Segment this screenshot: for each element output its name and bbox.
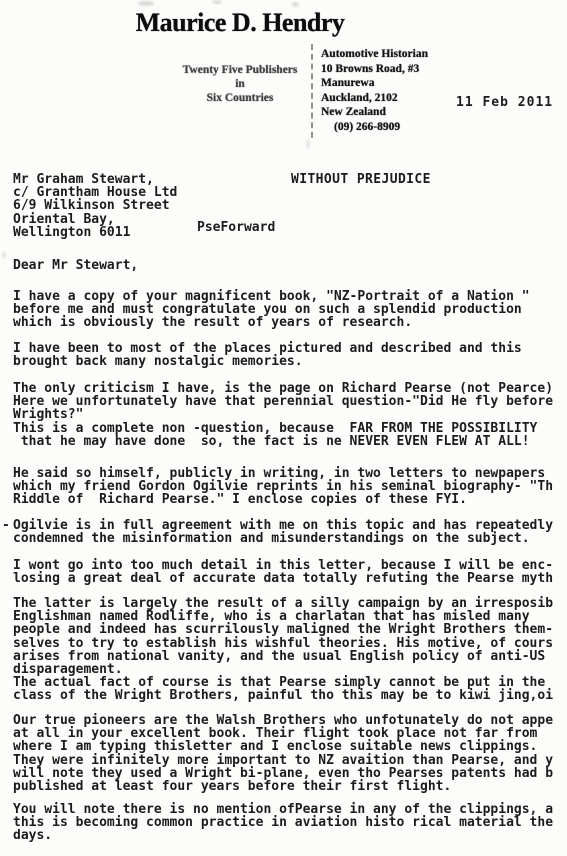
letterhead-contact: Automotive Historian10 Browns Road, #3Ma… — [321, 47, 471, 135]
letterhead-contact-line: Automotive Historian — [321, 47, 471, 62]
scan-smudge — [2, 252, 6, 258]
body-paragraph: I have a copy of your magnificent book, … — [13, 290, 530, 330]
letter-date: 11 Feb 2011 — [456, 96, 553, 109]
letterhead-contact-line: (09) 266-8909 — [321, 120, 471, 135]
privilege-notice: WITHOUT PREJUDICE — [291, 173, 431, 186]
body-paragraph: He said so himself, publicly in writing,… — [13, 467, 553, 507]
recipient-address-line: 6/9 Wilkinson Street — [13, 199, 177, 212]
stray-mark: - — [2, 519, 10, 532]
scan-smudge — [292, 2, 299, 7]
recipient-address-line: Wellington 6011 — [13, 226, 177, 239]
recipient-address-line: Oriental Bay, — [13, 213, 177, 226]
letterhead-contact-line: Manurewa — [321, 76, 471, 91]
scan-smudge — [306, 139, 310, 149]
body-paragraph: I have been to most of the places pictur… — [13, 342, 522, 368]
body-paragraph: The latter is largely the result of a si… — [13, 597, 553, 703]
letterhead-divider — [311, 44, 313, 138]
scan-smudge — [212, 0, 222, 4]
letterhead-tagline: Twenty Five PublishersinSix Countries — [160, 63, 320, 105]
letter-page: Maurice D. Hendry Twenty Five Publishers… — [0, 0, 567, 856]
body-paragraph: I wont go into too much detail in this l… — [13, 559, 553, 585]
letterhead-tagline-line: Six Countries — [160, 91, 320, 105]
letterhead-contact-line: 10 Browns Road, #3 — [321, 62, 471, 77]
letterhead-contact-line: Auckland, 2102 — [321, 91, 471, 106]
body-paragraph: Our true pioneers are the Walsh Brothers… — [13, 714, 553, 793]
salutation: Dear Mr Stewart, — [13, 259, 138, 272]
letterhead-tagline-line: Twenty Five Publishers — [160, 63, 320, 77]
letterhead-name: Maurice D. Hendry — [0, 8, 480, 38]
scan-smudge — [138, 1, 154, 6]
body-paragraph: Ogilvie is in full agreement with me on … — [13, 519, 553, 545]
recipient-address: Mr Graham Stewart,c/ Grantham House Ltd6… — [13, 173, 177, 239]
body-paragraph: The only criticism I have, is the page o… — [13, 382, 553, 448]
letterhead-contact-line: New Zealand — [321, 105, 471, 120]
forward-note: PseForward — [197, 221, 275, 234]
body-paragraph: You will note there is no mention ofPear… — [13, 803, 553, 843]
letterhead-tagline-line: in — [160, 77, 320, 91]
